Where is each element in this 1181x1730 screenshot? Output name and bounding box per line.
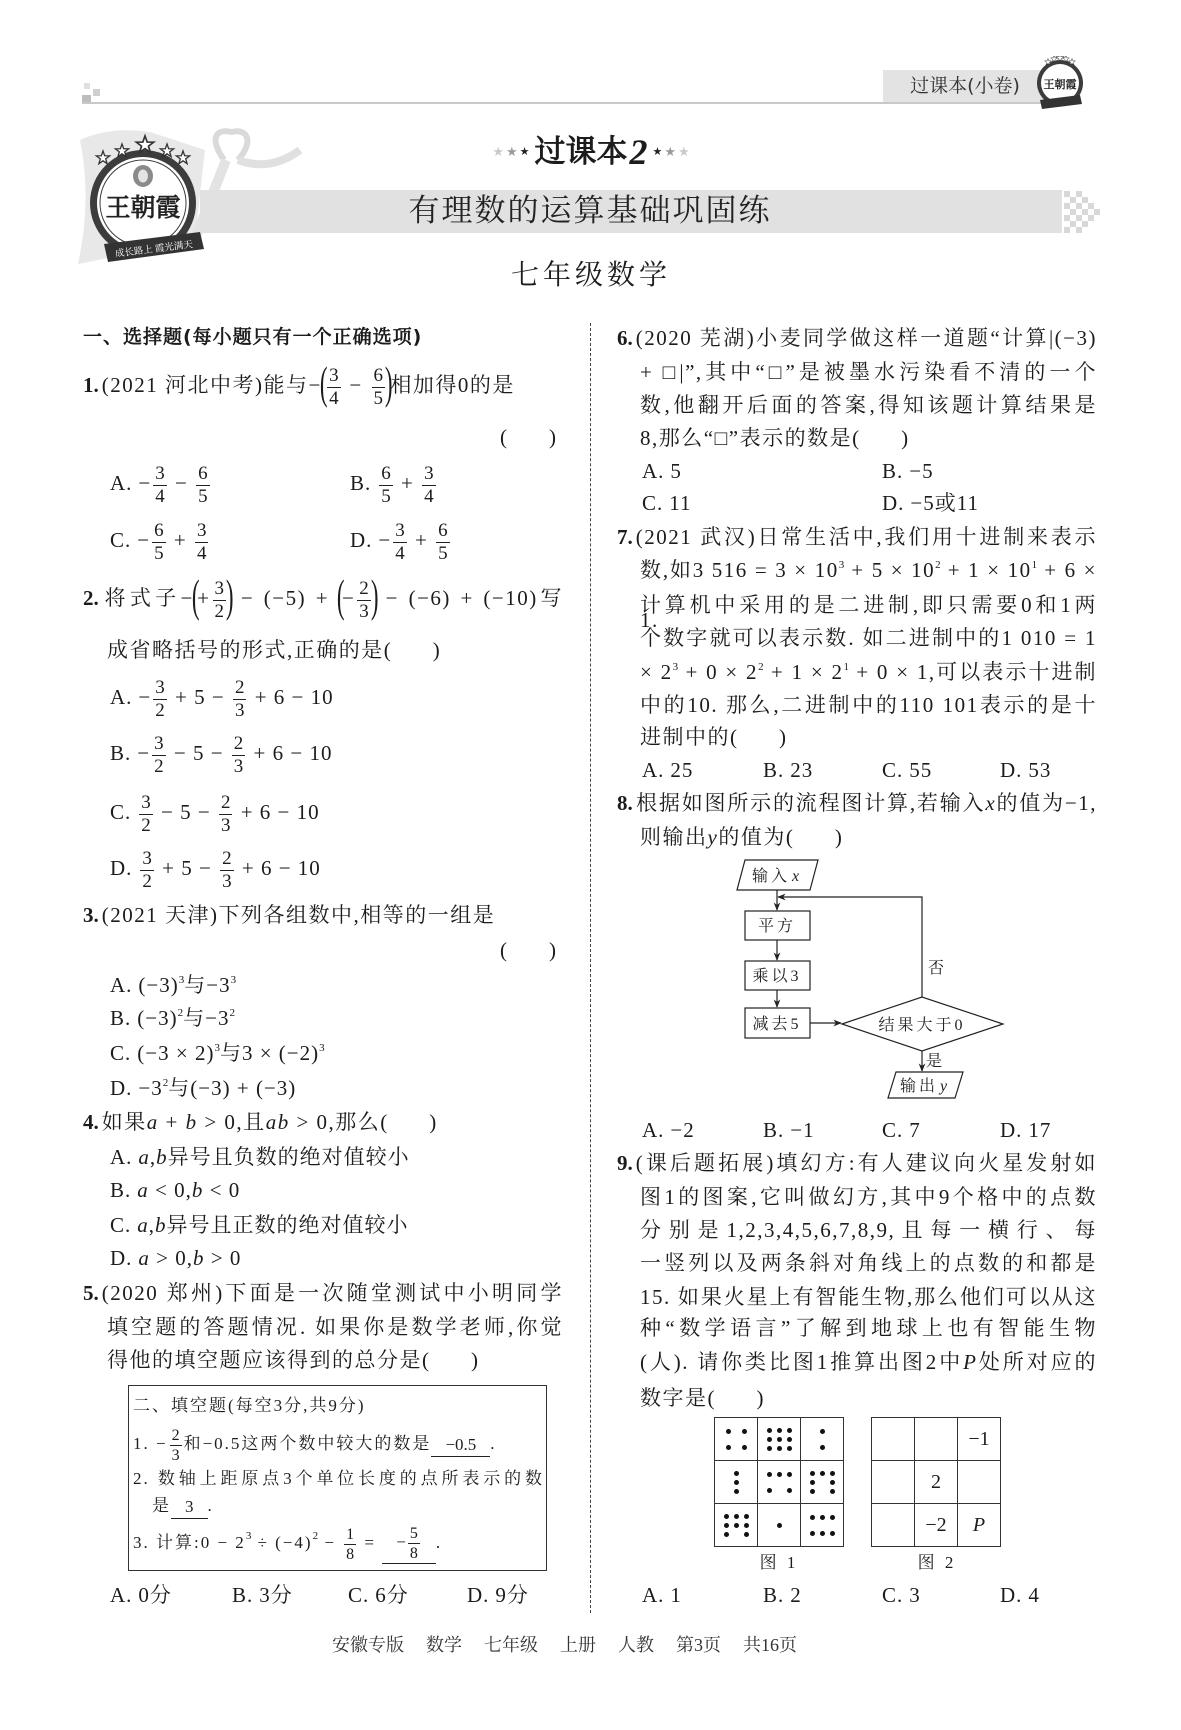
option-label: C.: [110, 528, 131, 552]
dot: [820, 1531, 825, 1536]
answer-blank: −58: [382, 1524, 436, 1564]
option-label: C.: [110, 1041, 131, 1065]
denominator: 5: [372, 388, 386, 410]
star-icon: ★: [664, 144, 676, 159]
magic-square-figure-2: −1 2 −2 P: [871, 1417, 1001, 1547]
option-d: D.4: [1000, 1570, 1040, 1620]
option-d: D.9分: [467, 1570, 529, 1620]
option-content: 2: [790, 1583, 802, 1607]
output-node-text: 输出y: [900, 1077, 950, 1095]
magic-square-figure-1: [714, 1417, 844, 1547]
dot: [724, 1514, 729, 1519]
exponent: 1: [843, 661, 849, 673]
option-b: B.65 + 34: [350, 458, 438, 508]
answer-parentheses: ( ): [500, 925, 558, 975]
dot: [767, 1428, 772, 1433]
footer-edition: 安徽专版: [332, 1630, 404, 1660]
magic-square-cell: [715, 1504, 758, 1547]
option-label: B.: [110, 1006, 131, 1030]
dot: [830, 1531, 835, 1536]
option-label: D.: [1000, 1583, 1022, 1607]
question-text: (2021 天津)下列各组数中,相等的一组是: [102, 903, 496, 927]
dot: [777, 1472, 782, 1477]
denominator: 4: [153, 486, 167, 508]
option-c: C.3: [882, 1570, 921, 1620]
dot-pattern: [767, 1472, 792, 1493]
dot: [810, 1531, 815, 1536]
fraction: 23: [233, 677, 247, 722]
fraction: 65: [372, 365, 386, 410]
numerator: 3: [153, 677, 167, 700]
dot-pattern: [726, 1429, 747, 1450]
variable: x: [985, 791, 996, 815]
magic-square-cell: [872, 1418, 915, 1461]
magic-square-cell: [758, 1461, 801, 1504]
magic-square-cell: [801, 1504, 844, 1547]
option-content: a < 0,b < 0: [137, 1178, 240, 1202]
variable: y: [708, 825, 719, 849]
dot: [830, 1480, 835, 1485]
option-label: D.: [467, 1583, 489, 1607]
dot: [777, 1523, 782, 1528]
answer-parentheses: ( ): [380, 1110, 438, 1134]
fraction: 32: [153, 677, 167, 722]
dot: [810, 1489, 815, 1494]
fraction: 65: [152, 520, 166, 565]
option-content: 3分: [259, 1583, 293, 1607]
denominator: 4: [195, 543, 209, 565]
big-parenthesis: (: [320, 360, 328, 406]
fraction: 23: [357, 578, 371, 623]
dot: [726, 1429, 731, 1434]
numerator: 6: [379, 463, 393, 486]
dot-row: [810, 1531, 835, 1536]
dot-pattern: [724, 1514, 749, 1537]
numerator: 6: [436, 520, 450, 543]
question-number: 5.: [83, 1281, 99, 1305]
big-parenthesis: (: [192, 573, 200, 619]
numerator: 3: [422, 463, 436, 486]
numerator: 2: [233, 677, 247, 700]
exponent: 1: [1032, 559, 1038, 571]
dot: [820, 1515, 825, 1520]
fraction: 34: [393, 520, 407, 565]
dot: [724, 1532, 729, 1537]
decision-text: 结果大于0: [878, 1016, 965, 1034]
big-parenthesis: ): [226, 573, 234, 619]
dot-row: [724, 1532, 749, 1537]
fraction: 23: [219, 792, 233, 837]
denominator: 3: [219, 815, 233, 837]
numerator: 2: [357, 578, 371, 601]
dot-pattern: [810, 1515, 835, 1536]
series-title: 过课本: [535, 134, 628, 169]
big-parenthesis: (: [336, 573, 344, 619]
option-label: A.: [110, 1583, 132, 1607]
question-3-line: 3.(2021 天津)下列各组数中,相等的一组是: [83, 890, 495, 940]
variable: b: [192, 1178, 204, 1202]
denominator: 5: [196, 486, 210, 508]
denominator: 2: [153, 700, 167, 722]
dot-row: [820, 1445, 825, 1450]
dot: [734, 1480, 739, 1485]
dot: [744, 1514, 749, 1519]
dot-row: [767, 1446, 792, 1451]
fraction: 34: [327, 365, 341, 410]
option-content: 32 − 5 − 23 + 6 − 10: [137, 800, 319, 824]
header-rule: [82, 102, 1054, 104]
answer-sheet-box: 二、填空题(每空3分,共9分) 1. −23和−0.5这两个数中较大的数是−0.…: [128, 1385, 547, 1571]
denominator: 2: [213, 601, 227, 623]
magic-square-cell: [715, 1461, 758, 1504]
magic-square-cell: [872, 1504, 915, 1547]
deco-square: [84, 83, 90, 89]
option-a: A.−32 + 5 − 23 + 6 − 10: [110, 672, 334, 722]
option-label: D.: [110, 1246, 132, 1270]
footer-grade: 七年级: [484, 1630, 538, 1660]
dot-pattern: [734, 1471, 739, 1494]
page-footer: 安徽专版 数学 七年级 上册 人教 第3页 共16页: [332, 1630, 797, 1660]
answer-parentheses: ( ): [422, 1348, 480, 1372]
dot-row: [767, 1488, 792, 1493]
footer-volume: 上册: [560, 1630, 596, 1660]
dot: [830, 1471, 835, 1476]
answer-parentheses: ( ): [384, 638, 442, 662]
numerator: 2: [219, 792, 233, 815]
question-number: 1.: [83, 373, 99, 397]
magic-square-cell: −2: [915, 1504, 958, 1547]
dot: [830, 1515, 835, 1520]
option-content: a > 0,b > 0: [138, 1246, 241, 1270]
dot: [830, 1489, 835, 1494]
exponent: 2: [229, 1007, 235, 1019]
answer-blank: −0.5: [431, 1434, 490, 1457]
magic-square-cell: [715, 1418, 758, 1461]
denominator: 2: [152, 756, 166, 778]
answer-blank: 3: [171, 1496, 208, 1519]
dot: [810, 1471, 815, 1476]
exponent: 3: [673, 661, 679, 673]
variable: a: [137, 1178, 149, 1202]
dot: [734, 1471, 739, 1476]
question-1-line: 1.(2021 河北中考)能与−(34 − 65)相加得0的是: [83, 360, 515, 410]
question-number: 8.: [617, 791, 633, 815]
dot: [744, 1532, 749, 1537]
option-c: C.6分: [348, 1570, 409, 1620]
exponent: 3: [231, 974, 237, 986]
denominator: 3: [232, 756, 246, 778]
option-content: 65 + 34: [377, 471, 437, 495]
option-label: B.: [350, 471, 371, 495]
option-content: −32 + 5 − 23 + 6 − 10: [138, 685, 333, 709]
footer-page-total: 共16页: [743, 1630, 797, 1660]
magic-square-cell: [872, 1461, 915, 1504]
fraction: 34: [153, 463, 167, 508]
numerator: 3: [140, 848, 154, 871]
footer-subject: 数学: [426, 1630, 462, 1660]
dot-row: [734, 1489, 739, 1494]
step-text: 减去5: [752, 1015, 801, 1033]
option-content: 0分: [138, 1583, 172, 1607]
dot-row: [724, 1523, 749, 1528]
question-number: 6.: [617, 326, 633, 350]
big-parenthesis: ): [371, 573, 379, 619]
exponent: 2: [178, 1007, 184, 1019]
star-icon: ★: [506, 144, 518, 159]
footer-page-number: 第3页: [676, 1630, 721, 1660]
fraction: 65: [196, 463, 210, 508]
exponent: 3: [319, 1042, 325, 1054]
denominator: 5: [152, 543, 166, 565]
option-b: B.2: [763, 1570, 802, 1620]
denominator: 4: [327, 388, 341, 410]
denominator: 5: [436, 543, 450, 565]
fraction: 18: [344, 1525, 356, 1564]
question-9-line: 数字是( ): [640, 1373, 765, 1423]
dot-pattern: [810, 1471, 835, 1494]
denominator: 4: [393, 543, 407, 565]
dot: [777, 1437, 782, 1442]
no-label: 否: [928, 959, 947, 977]
option-content: 1: [670, 1583, 682, 1607]
brand-name: 王朝霞: [1044, 77, 1077, 91]
numerator: 3: [327, 365, 341, 388]
dot-row: [726, 1445, 747, 1450]
denominator: 4: [422, 486, 436, 508]
series-heading: ★★★过课本2★★★: [441, 128, 741, 176]
exponent: 2: [935, 559, 941, 571]
answer-parentheses: ( ): [708, 1386, 766, 1410]
dot: [767, 1472, 772, 1477]
fraction: 32: [139, 792, 153, 837]
option-b: B.−32 − 5 − 23 + 6 − 10: [110, 728, 332, 778]
column-divider: [590, 323, 591, 1613]
option-label: B.: [110, 741, 131, 765]
dot: [734, 1514, 739, 1519]
option-label: B.: [232, 1583, 253, 1607]
question-number: 9.: [617, 1151, 633, 1175]
star-icon: ★: [678, 144, 690, 159]
denominator: 3: [357, 601, 371, 623]
option-d: D.−34 + 65: [350, 515, 452, 565]
exponent: 2: [163, 1077, 169, 1089]
option-c: C.−65 + 34: [110, 515, 210, 565]
dot: [820, 1445, 825, 1450]
fraction: 32: [152, 733, 166, 778]
exponent: 3: [246, 1530, 252, 1542]
dot: [787, 1488, 792, 1493]
option-c: C.32 − 5 − 23 + 6 − 10: [110, 787, 320, 837]
option-content: −65 + 34: [137, 528, 210, 552]
option-content: −32 − 5 − 23 + 6 − 10: [137, 741, 332, 765]
fraction: 23: [220, 848, 234, 893]
dot: [742, 1429, 747, 1434]
dot: [820, 1429, 825, 1434]
option-content: (−3 × 2)3与3 × (−2)3: [137, 1041, 324, 1065]
deco-square: [93, 89, 100, 96]
option-label: A.: [110, 471, 132, 495]
dot-row: [734, 1480, 739, 1485]
option-a: A.0分: [110, 1570, 172, 1620]
variable: a: [138, 1246, 150, 1270]
book-label: 过课本(小卷): [883, 70, 1047, 102]
yes-label: 是: [926, 1052, 945, 1070]
fraction: 65: [436, 520, 450, 565]
numerator: 3: [195, 520, 209, 543]
dot-row: [734, 1471, 739, 1476]
question-text: 将式子−(+32) − (−5) + (−23) − (−6) + (−10)写: [102, 586, 563, 610]
fraction: 58: [408, 1524, 420, 1563]
unit-title: 有理数的运算基础巩固练: [340, 190, 840, 233]
fraction: 32: [213, 578, 227, 623]
option-a: A.−34 − 65: [110, 458, 212, 508]
dot: [744, 1523, 749, 1528]
footer-publisher: 人教: [618, 1630, 654, 1660]
option-a: A.1: [642, 1570, 682, 1620]
answer-parentheses: ( ): [786, 825, 844, 849]
answer-sheet-item: 3. 计算:0 − 23 ÷ (−4)2 − 18 = −58.: [133, 1521, 442, 1565]
dot: [777, 1446, 782, 1451]
portrait-face-icon: [138, 170, 148, 183]
series-number: 2: [630, 132, 648, 172]
dot-row: [777, 1523, 782, 1528]
denominator: 8: [408, 1544, 420, 1563]
fraction: 34: [195, 520, 209, 565]
option-label: C.: [110, 800, 131, 824]
dot: [767, 1437, 772, 1442]
magic-square-cell: [758, 1504, 801, 1547]
option-content: −34 − 65: [138, 471, 211, 495]
dot: [810, 1480, 815, 1485]
magic-square-cell: [801, 1418, 844, 1461]
magic-square-cell: [915, 1418, 958, 1461]
numerator: 3: [152, 733, 166, 756]
option-content: 9分: [495, 1583, 529, 1607]
section-title: 一、选择题(每小题只有一个正确选项): [83, 312, 422, 362]
numerator: 2: [220, 848, 234, 871]
dot-pattern: [777, 1523, 782, 1528]
exponent: 3: [179, 974, 185, 986]
dot-row: [810, 1515, 835, 1520]
dot-row: [810, 1471, 835, 1476]
numerator: 6: [196, 463, 210, 486]
magic-square-cell: [758, 1418, 801, 1461]
numerator: 6: [372, 365, 386, 388]
dot: [726, 1445, 731, 1450]
option-label: A.: [642, 1583, 664, 1607]
option-content: 6分: [375, 1583, 409, 1607]
star-icon: ★: [520, 146, 530, 158]
flowchart: 输入x 平方 乘以3 减去5 结果大于0 否 是 输出y: [720, 850, 1020, 1110]
option-label: C.: [348, 1583, 369, 1607]
option-label: B.: [110, 1178, 131, 1202]
option-content: (−3)2与−32: [137, 1006, 235, 1030]
dot: [767, 1488, 772, 1493]
numerator: 2: [170, 1426, 182, 1446]
exponent: 3: [839, 559, 845, 571]
question-text: (2021 河北中考)能与−(34 − 65)相加得0的是: [102, 373, 515, 397]
denominator: 5: [379, 486, 393, 508]
magic-square-cell: −1: [958, 1418, 1001, 1461]
brand-logo: 王朝霞 成长路上 霞光满天: [60, 110, 220, 275]
ribbon-bow-shape: [216, 131, 248, 160]
option-d: D.32 + 5 − 23 + 6 − 10: [110, 843, 321, 893]
fraction: 23: [232, 733, 246, 778]
option-content: 4: [1028, 1583, 1040, 1607]
question-5-line: 得他的填空题应该得到的总分是( ): [107, 1335, 480, 1385]
variable: b: [186, 1110, 198, 1134]
exponent: 3: [214, 1042, 220, 1054]
magic-square-cell: [958, 1461, 1001, 1504]
question-number: 3.: [83, 903, 99, 927]
numerator: 3: [213, 578, 227, 601]
option-content: 3: [909, 1583, 921, 1607]
dot: [742, 1445, 747, 1450]
answer-parentheses: ( ): [500, 412, 558, 462]
question-number: 4.: [83, 1110, 99, 1134]
input-node-text: 输入x: [752, 867, 802, 885]
fraction: 32: [140, 848, 154, 893]
dot-row: [820, 1429, 825, 1434]
magic-square-cell: 2: [915, 1461, 958, 1504]
variable: a: [147, 1110, 159, 1134]
variable: b: [193, 1246, 205, 1270]
step-text: 乘以3: [752, 967, 801, 985]
denominator: 3: [233, 700, 247, 722]
question-number: 2.: [83, 586, 99, 610]
exponent: 2: [313, 1530, 319, 1542]
variable: ab: [266, 1110, 290, 1134]
step-text: 平方: [758, 917, 796, 935]
dot: [734, 1523, 739, 1528]
dot-row: [724, 1514, 749, 1519]
dot: [767, 1446, 772, 1451]
variable: P: [963, 1350, 977, 1374]
dot: [787, 1428, 792, 1433]
numerator: 1: [344, 1525, 356, 1545]
checker-pattern: [1064, 191, 1100, 233]
dot-row: [767, 1472, 792, 1477]
question-2-line: 成省略括号的形式,正确的是( ): [107, 625, 441, 675]
numerator: 3: [393, 520, 407, 543]
option-label: B.: [763, 1583, 784, 1607]
fraction: 65: [379, 463, 393, 508]
dot-row: [726, 1429, 747, 1434]
denominator: 8: [344, 1545, 356, 1564]
dot-pattern: [767, 1428, 792, 1451]
big-parenthesis: ): [385, 360, 393, 406]
dot: [810, 1515, 815, 1520]
option-b: B.3分: [232, 1570, 293, 1620]
magic-square-cell: [801, 1461, 844, 1504]
dot: [787, 1446, 792, 1451]
magic-square-cell-p: P: [958, 1504, 1001, 1547]
option-label: A.: [110, 685, 132, 709]
dot: [787, 1437, 792, 1442]
numerator: 3: [139, 792, 153, 815]
numerator: 6: [152, 520, 166, 543]
dot: [734, 1489, 739, 1494]
dot-row: [767, 1437, 792, 1442]
numerator: 2: [232, 733, 246, 756]
numerator: 3: [153, 463, 167, 486]
dot: [777, 1428, 782, 1433]
brand-name: 王朝霞: [105, 194, 180, 222]
denominator: 2: [139, 815, 153, 837]
option-label: C.: [882, 1583, 903, 1607]
option-content: 32 + 5 − 23 + 6 − 10: [138, 856, 320, 880]
subject-title: 七年级数学: [441, 252, 741, 298]
